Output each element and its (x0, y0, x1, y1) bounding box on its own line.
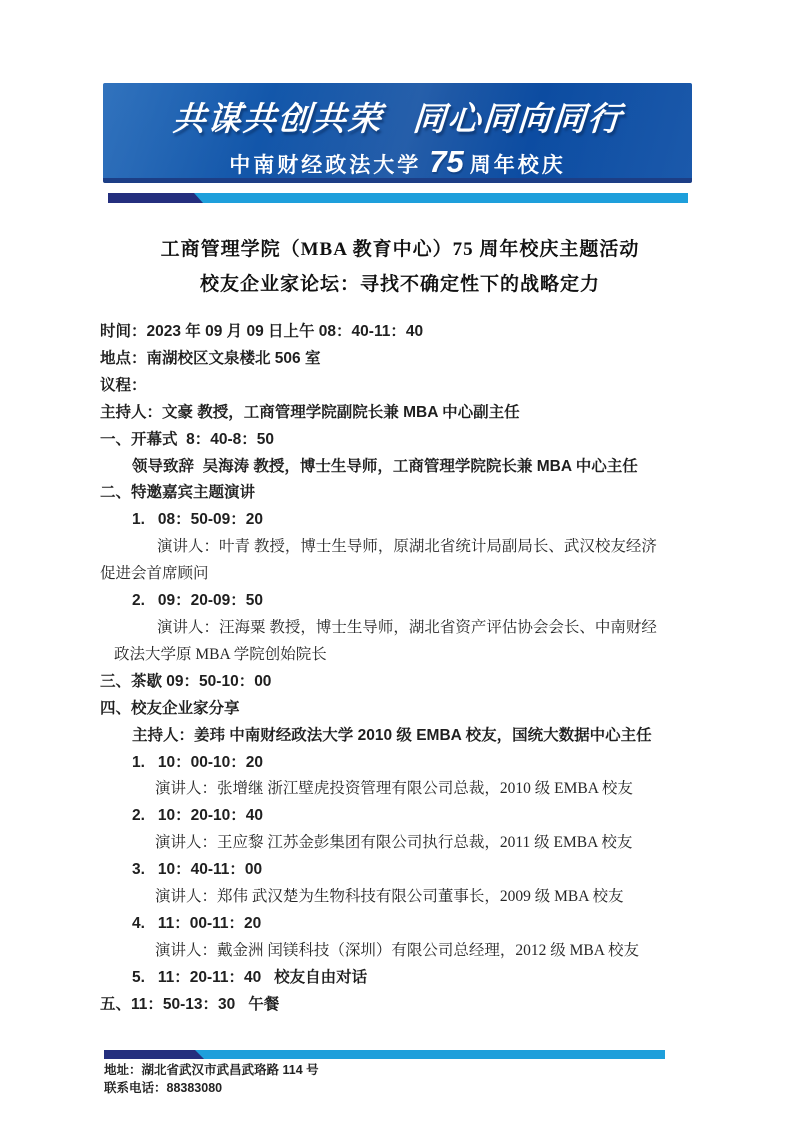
agenda-line: 3. 10：40-11：00 (100, 857, 700, 884)
banner-subtitle: 中南财经政法大学 75 周年校庆 (229, 146, 565, 182)
agenda-line: 1. 08：50-09：20 (100, 507, 700, 534)
agenda-line: 五、11：50-13：30 午餐 (100, 992, 700, 1019)
agenda-line: 2. 09：20-09：50 (100, 588, 700, 615)
agenda-line: 演讲人：王应黎 江苏金彭集团有限公司执行总裁，2011 级 EMBA 校友 (100, 830, 700, 857)
anniversary-75-logo: 75 (421, 144, 469, 180)
agenda-line: 促进会首席顾问 (100, 561, 700, 588)
header-divider-stripe (108, 193, 688, 203)
banner-subtitle-suffix: 周年校庆 (470, 149, 566, 179)
agenda-line: 一、开幕式 8：40-8：50 (100, 427, 700, 454)
agenda-line: 政法大学原 MBA 学院创始院长 (100, 642, 700, 669)
agenda-line: 演讲人：叶青 教授，博士生导师，原湖北省统计局副局长、武汉校友经济 (100, 534, 700, 561)
agenda-line: 1. 10：00-10：20 (100, 750, 700, 777)
agenda-line: 三、茶歇 09：50-10：00 (100, 669, 700, 696)
agenda-line: 主持人：姜玮 中南财经政法大学 2010 级 EMBA 校友，国统大数据中心主任 (100, 723, 700, 750)
banner-slogan-right: 同心同向同行 (411, 100, 624, 137)
agenda-line: 领导致辞 吴海涛 教授，博士生导师，工商管理学院院长兼 MBA 中心主任 (100, 454, 700, 481)
footer-contact: 地址：湖北省武汉市武昌武珞路 114 号 联系电话：88383080 (104, 1061, 319, 1097)
agenda-line: 演讲人：张增继 浙江壁虎投资管理有限公司总裁，2010 级 EMBA 校友 (100, 776, 700, 803)
footer-address: 地址：湖北省武汉市武昌武珞路 114 号 (104, 1061, 319, 1079)
title-line-1: 工商管理学院（MBA 教育中心）75 周年校庆主题活动 (100, 232, 700, 267)
agenda-line: 二、特邀嘉宾主题演讲 (100, 480, 700, 507)
agenda-line: 演讲人：郑伟 武汉楚为生物科技有限公司董事长，2009 级 MBA 校友 (100, 884, 700, 911)
agenda-line: 主持人：文豪 教授，工商管理学院副院长兼 MBA 中心副主任 (100, 400, 700, 427)
agenda-line: 演讲人：戴金洲 闰镁科技（深圳）有限公司总经理，2012 级 MBA 校友 (100, 938, 700, 965)
agenda-line: 演讲人：汪海粟 教授，博士生导师，湖北省资产评估协会会长、中南财经 (100, 615, 700, 642)
agenda-line: 议程： (100, 373, 700, 400)
document-title: 工商管理学院（MBA 教育中心）75 周年校庆主题活动 校友企业家论坛：寻找不确… (100, 232, 700, 302)
agenda-line: 4. 11：00-11：20 (100, 911, 700, 938)
agenda-line: 地点：南湖校区文泉楼北 506 室 (100, 346, 700, 373)
agenda-line: 2. 10：20-10：40 (100, 803, 700, 830)
header-stripe-navy (108, 193, 203, 203)
footer-divider-stripe (104, 1050, 665, 1059)
title-line-2: 校友企业家论坛：寻找不确定性下的战略定力 (100, 267, 700, 302)
anniversary-banner: 共谋共创共荣同心同向同行 中南财经政法大学 75 周年校庆 (103, 83, 692, 183)
banner-subtitle-prefix: 中南财经政法大学 (229, 149, 421, 179)
footer-stripe-navy (104, 1050, 204, 1059)
agenda-line: 5. 11：20-11：40 校友自由对话 (100, 965, 700, 992)
agenda-line: 时间：2023 年 09 月 09 日上午 08：40-11：40 (100, 319, 700, 346)
footer-phone: 联系电话：88383080 (104, 1079, 319, 1097)
agenda-body: 时间：2023 年 09 月 09 日上午 08：40-11：40地点：南湖校区… (100, 319, 700, 1019)
document-page: 共谋共创共荣同心同向同行 中南财经政法大学 75 周年校庆 工商管理学院（MBA… (0, 0, 800, 1132)
agenda-line: 四、校友企业家分享 (100, 696, 700, 723)
banner-slogan-left: 共谋共创共荣 (171, 100, 384, 137)
banner-slogan: 共谋共创共荣同心同向同行 (171, 93, 624, 140)
